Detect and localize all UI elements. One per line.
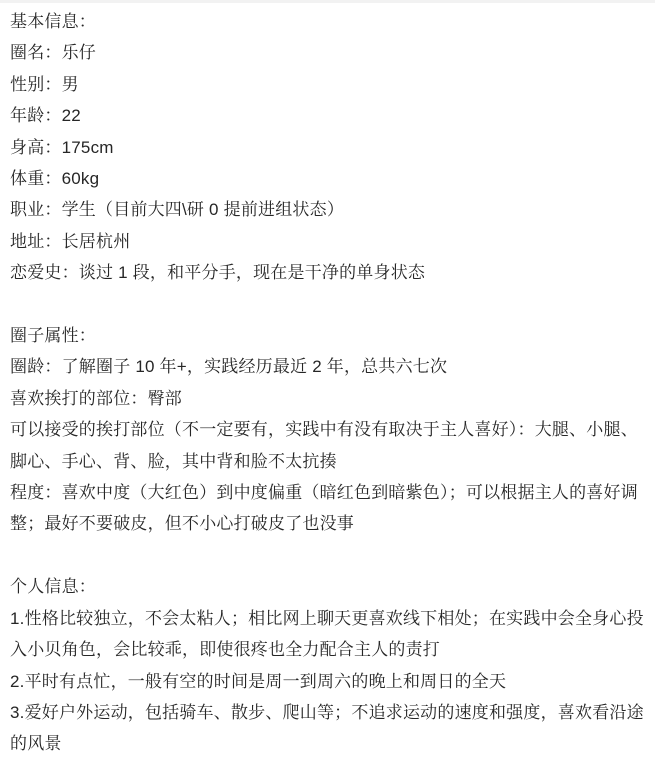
section-personal-info: 个人信息： 1.性格比较独立，不会太粘人；相比网上聊天更喜欢线下相处；在实践中会…: [10, 571, 645, 759]
text-line: 1.性格比较独立，不会太粘人；相比网上聊天更喜欢线下相处；在实践中会全身心投入小…: [10, 603, 645, 666]
text-line: 圈名：乐仔: [10, 37, 645, 68]
text-line: 职业：学生（目前大四\研 0 提前进组状态）: [10, 194, 645, 225]
section-lines-basic-info: 圈名：乐仔性别：男年龄：22身高：175cm体重：60kg职业：学生（目前大四\…: [10, 37, 645, 288]
text-line: 体重：60kg: [10, 163, 645, 194]
section-heading-personal-info: 个人信息：: [10, 571, 645, 602]
text-line: 喜欢挨打的部位：臀部: [10, 383, 645, 414]
text-line: 圈龄：了解圈子 10 年+，实践经历最近 2 年，总共六七次: [10, 351, 645, 382]
section-heading-basic-info: 基本信息：: [10, 6, 645, 37]
text-line: 恋爱史：谈过 1 段，和平分手，现在是干净的单身状态: [10, 257, 645, 288]
text-line: 性别：男: [10, 69, 645, 100]
section-lines-circle-attributes: 圈龄：了解圈子 10 年+，实践经历最近 2 年，总共六七次喜欢挨打的部位：臀部…: [10, 351, 645, 539]
text-line: 程度：喜欢中度（大红色）到中度偏重（暗红色到暗紫色）；可以根据主人的喜好调整；最…: [10, 477, 645, 540]
section-lines-personal-info: 1.性格比较独立，不会太粘人；相比网上聊天更喜欢线下相处；在实践中会全身心投入小…: [10, 603, 645, 760]
text-line: 身高：175cm: [10, 132, 645, 163]
text-line: 2.平时有点忙，一般有空的时间是周一到周六的晚上和周日的全天: [10, 666, 645, 697]
text-line: 3.爱好户外运动，包括骑车、散步、爬山等；不追求运动的速度和强度，喜欢看沿途的风…: [10, 697, 645, 760]
text-line: 年龄：22: [10, 100, 645, 131]
section-circle-attributes: 圈子属性： 圈龄：了解圈子 10 年+，实践经历最近 2 年，总共六七次喜欢挨打…: [10, 320, 645, 540]
section-basic-info: 基本信息： 圈名：乐仔性别：男年龄：22身高：175cm体重：60kg职业：学生…: [10, 6, 645, 289]
profile-document: 基本信息： 圈名：乐仔性别：男年龄：22身高：175cm体重：60kg职业：学生…: [0, 3, 655, 768]
section-heading-circle-attributes: 圈子属性：: [10, 320, 645, 351]
text-line: 可以接受的挨打部位（不一定要有，实践中有没有取决于主人喜好）：大腿、小腿、脚心、…: [10, 414, 645, 477]
text-line: 地址：长居杭州: [10, 226, 645, 257]
